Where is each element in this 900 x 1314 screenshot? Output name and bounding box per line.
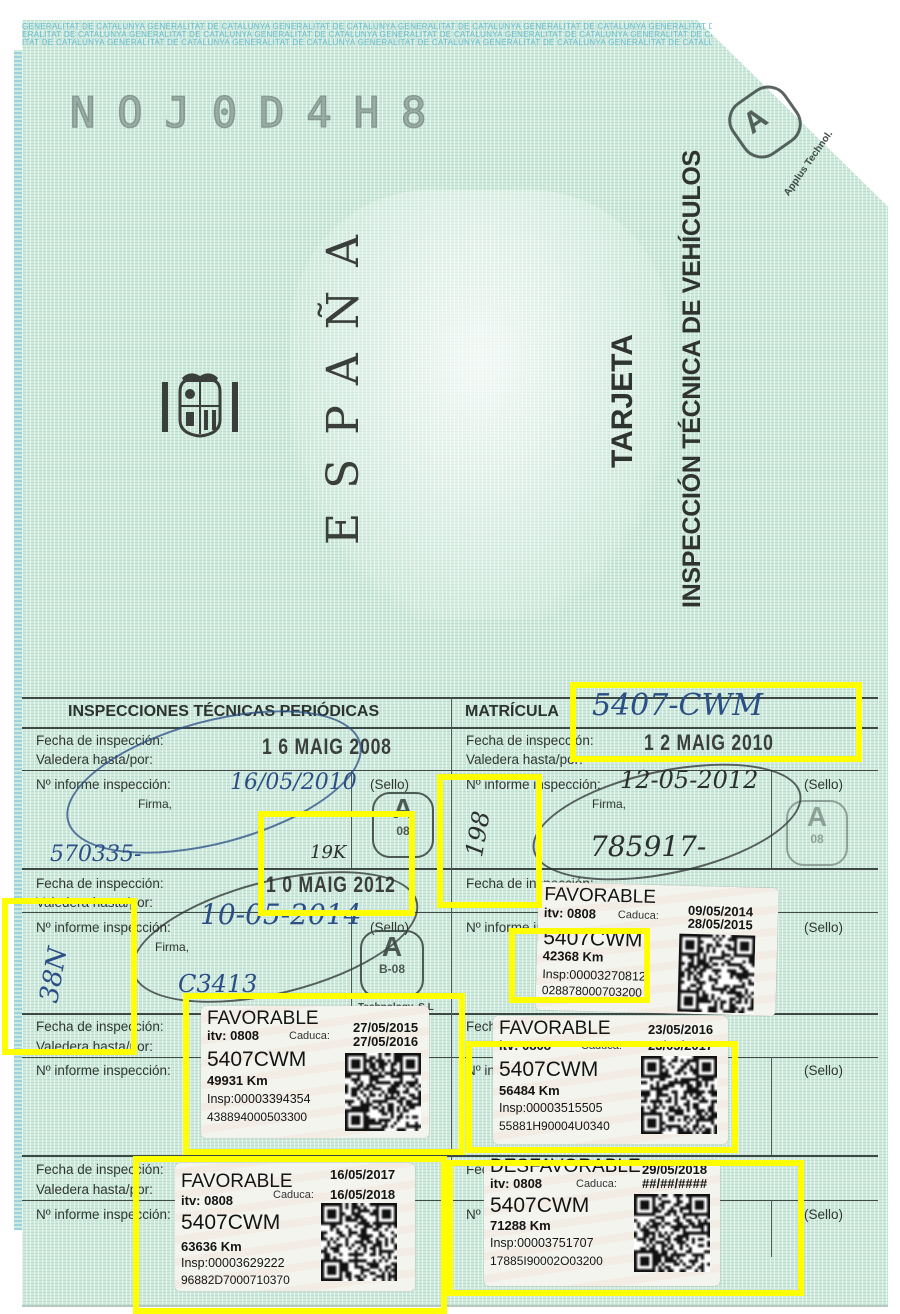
- highlight-box: [183, 993, 465, 1155]
- grid-line: [771, 1057, 772, 1155]
- highlight-box: [509, 928, 650, 1003]
- label-seal: (Sello): [804, 777, 843, 792]
- security-strip: GENERALITAT DE CATALUNYA GENERALITAT DE …: [22, 22, 712, 48]
- inspection-stamp-icon: AB-08: [360, 930, 424, 998]
- country-name: ESPAÑA: [318, 211, 369, 545]
- coat-of-arms-icon: [160, 372, 240, 442]
- highlight-box: [437, 774, 542, 908]
- label-seal: (Sello): [804, 920, 843, 935]
- label-seal: (Sello): [804, 1063, 843, 1078]
- highlight-box: [570, 682, 862, 762]
- label-date: Fecha de inspección:: [36, 876, 164, 891]
- card-title: TARJETA: [606, 334, 640, 468]
- label-seal: (Sello): [370, 777, 409, 792]
- label-seal: (Sello): [804, 1207, 843, 1222]
- highlight-box: [133, 1156, 447, 1314]
- label-report-no: Nº informe inspección:: [36, 1063, 171, 1078]
- qr-code-icon: [677, 934, 755, 1014]
- plate-label: MATRÍCULA: [465, 703, 559, 721]
- highlight-box: [258, 811, 415, 916]
- highlight-box: [447, 1160, 804, 1296]
- highlight-box: [2, 898, 137, 1055]
- highlight-box: [466, 1041, 738, 1153]
- card-subtitle: INSPECCIÓN TÉCNICA DE VEHÍCULOS: [678, 150, 707, 608]
- label-valid-until: Valedera hasta/por:: [466, 752, 583, 767]
- inspection-stamp-icon: A08: [786, 800, 848, 866]
- perforated-number: NOJ0D4H8: [70, 88, 448, 137]
